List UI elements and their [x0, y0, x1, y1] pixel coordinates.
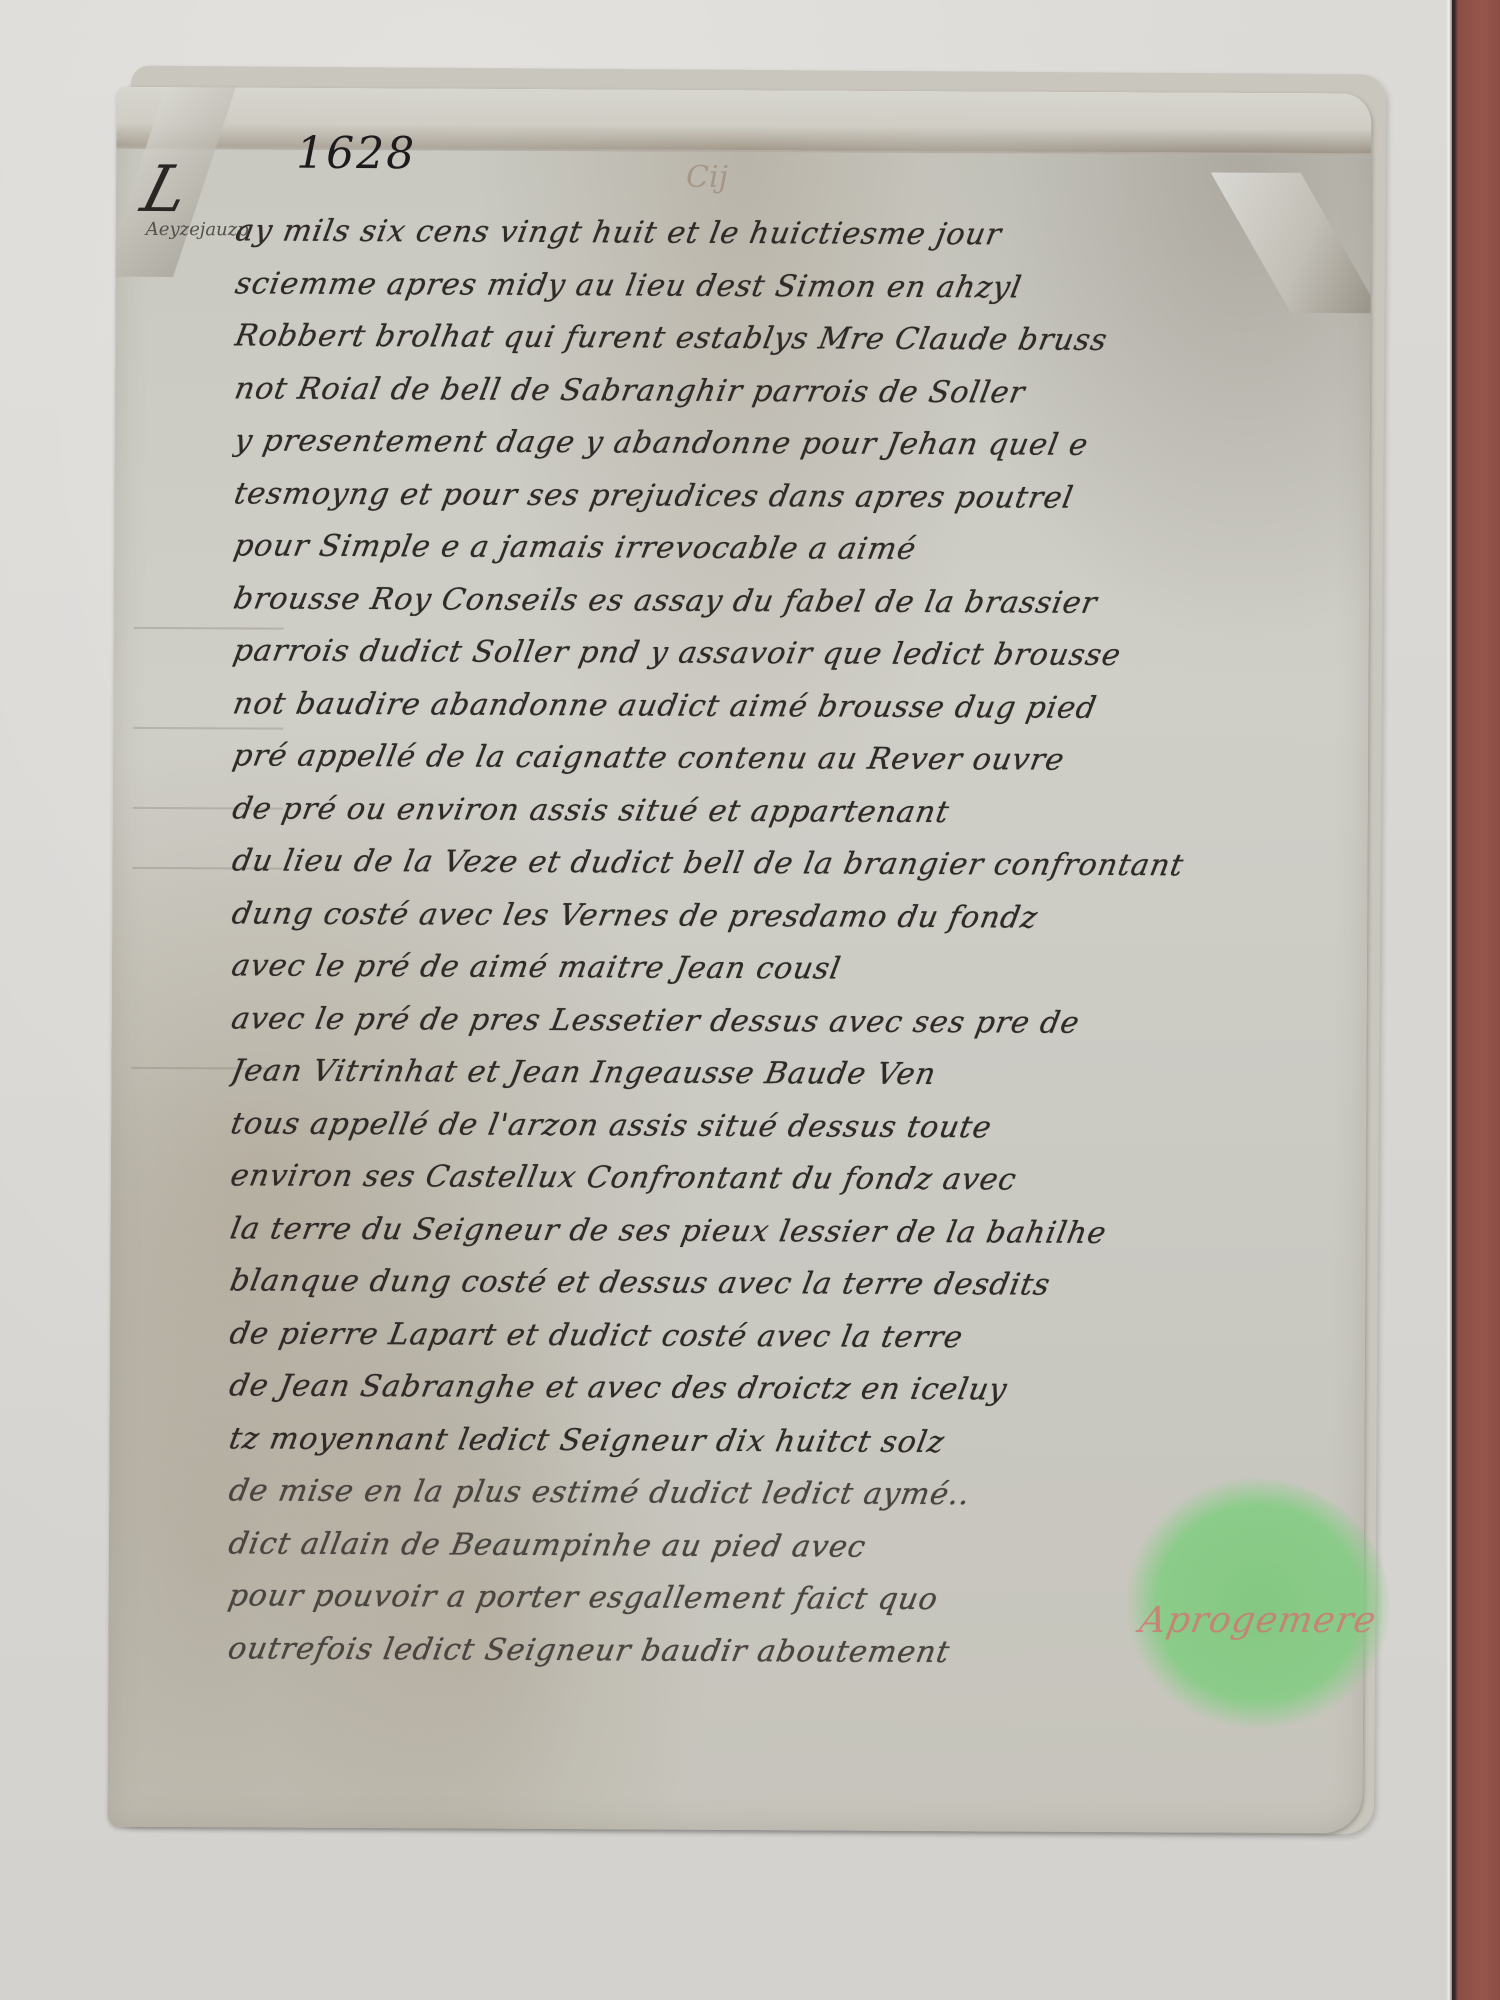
text-line: de pierre Lapart et dudict costé avec la… [225, 1308, 1315, 1366]
text-line: ay mils six cens vingt huit et le huicti… [231, 205, 1321, 263]
text-line: blanque dung costé et dessus avec la ter… [226, 1255, 1316, 1313]
text-line: pour Simple e a jamais irrevocable a aim… [229, 520, 1319, 578]
text-line: pré appellé de la caignatte contenu au R… [228, 730, 1318, 788]
text-line: y presentement dage y abandonne pour Jeh… [230, 415, 1320, 473]
text-line: brousse Roy Conseils es assay du fabel d… [229, 573, 1319, 631]
frame-strip [1452, 0, 1500, 2000]
manuscript-text-body: ay mils six cens vingt huit et le huicti… [228, 205, 1316, 1681]
text-line: parrois dudict Soller pnd y assavoir que… [229, 625, 1319, 683]
folio-mark: Cij [686, 160, 728, 195]
text-line: dung costé avec les Vernes de presdamo d… [227, 888, 1317, 946]
text-line: de Jean Sabranghe et avec des droictz en… [225, 1360, 1315, 1418]
text-line: not baudire abandonne audict aimé brouss… [229, 678, 1319, 736]
text-line: de pré ou environ assis situé et apparte… [228, 783, 1318, 841]
text-line: avec le pré de pres Lessetier dessus ave… [227, 993, 1317, 1051]
text-line: avec le pré de aimé maitre Jean cousl [227, 940, 1317, 998]
text-line: tous appellé de l'arzon assis situé dess… [226, 1098, 1316, 1156]
text-line: not Roial de bell de Sabranghir parrois … [230, 363, 1320, 421]
text-line: tz moyennant ledict Seigneur dix huitct … [225, 1413, 1315, 1471]
text-line: du lieu de la Veze et dudict bell de la … [228, 835, 1318, 893]
text-line: de mise en la plus estimé dudict ledict … [224, 1465, 1314, 1523]
year-heading: 1628 [296, 128, 416, 180]
text-line: la terre du Seigneur de ses pieux lessie… [226, 1203, 1316, 1261]
text-line: Jean Vitrinhat et Jean Ingeausse Baude V… [227, 1045, 1317, 1103]
watermark-text: Aprogemere [1136, 1600, 1379, 1641]
text-line: environ ses Castellux Confrontant du fon… [226, 1150, 1316, 1208]
text-line: sciemme apres midy au lieu dest Simon en… [231, 258, 1321, 316]
text-line: Robbert brolhat qui furent establys Mre … [230, 310, 1320, 368]
text-line: tesmoyng et pour ses prejudices dans apr… [230, 468, 1320, 526]
margin-note: Aeyzejauzp [146, 219, 249, 241]
